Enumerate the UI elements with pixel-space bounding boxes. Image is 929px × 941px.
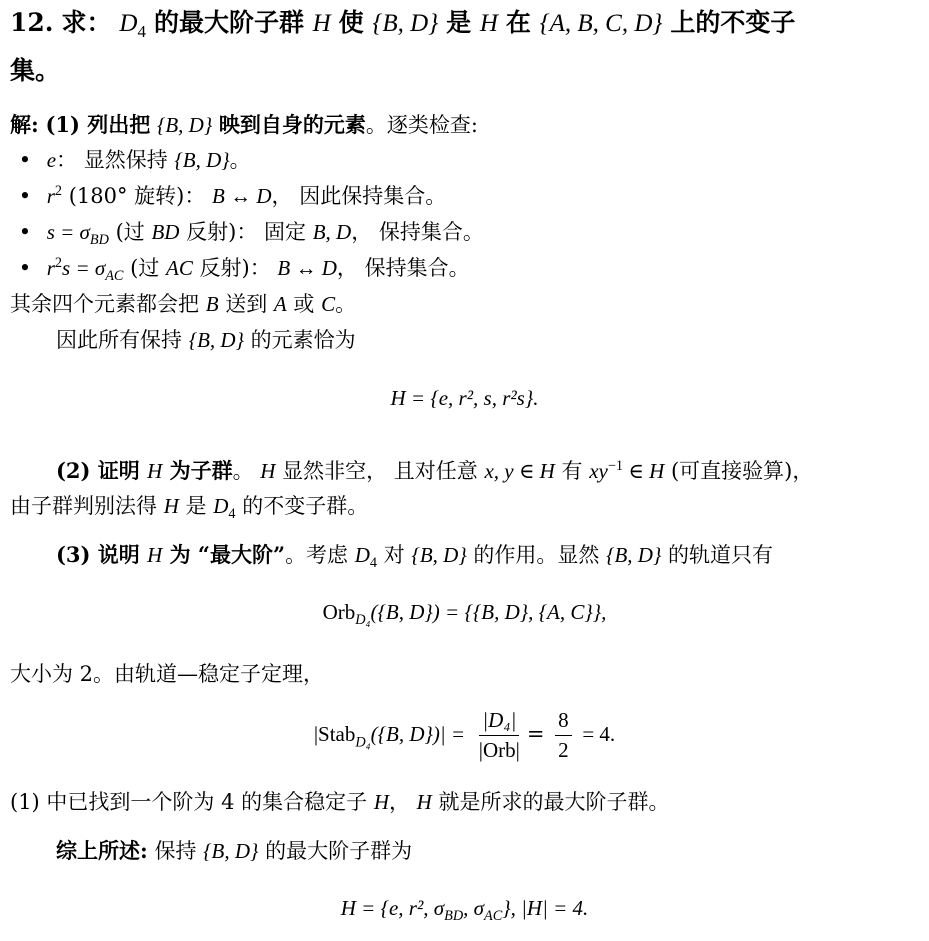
problem-statement-line-2: 集。: [10, 56, 60, 86]
math-D: D: [119, 10, 137, 37]
fraction-order-over-orbit: |D₄| |Orb|: [476, 708, 523, 763]
conclusion-text: 综上所述: 保持 {B, D} 的最大阶子群为: [56, 838, 412, 864]
orbit-size-text: 大小为 2。由轨道—稳定子定理，: [10, 662, 324, 687]
step2-paragraph-line-2: 由子群判别法得 H 是 D4 的不变子群。: [10, 494, 368, 519]
bullet-icon: •: [10, 220, 40, 245]
equation-H: H = {e, r², s, r²s}.: [0, 386, 929, 411]
problem-label: 求：: [61, 8, 111, 37]
bullet-item: • e： 显然保持 {B, D}。: [10, 148, 251, 173]
problem-statement-line-1: 12. 求： D4 的最大阶子群 H 使 {B, D} 是 H 在 {A, B,…: [10, 8, 795, 39]
bullet-icon: •: [10, 256, 40, 281]
bullet-item: • r2s = σAC (过 AC 反射)： B ↔ D， 保持集合。: [10, 256, 470, 281]
therefore-text: 因此所有保持 {B, D} 的元素恰为: [56, 328, 356, 353]
fraction-8-over-2: 8 2: [555, 708, 572, 763]
bullet-item: • r2 (180° 旋转)： B ↔ D， 因此保持集合。: [10, 184, 446, 209]
bullet-icon: •: [10, 148, 40, 173]
step2-paragraph-line-1: (2) 证明 H 为子群。 H 显然非空， 且对任意 x, y ∈ H 有 xy…: [56, 458, 813, 484]
bullet-item: • s = σBD (过 BD 反射)： 固定 B, D， 保持集合。: [10, 220, 484, 245]
rest-elements-text: 其余四个元素都会把 B 送到 A 或 C。: [10, 292, 356, 317]
step1-heading: 解: (1) 列出把 {B, D} 映到自身的元素。逐类检查:: [10, 112, 478, 138]
bullet-icon: •: [10, 184, 40, 209]
step3-paragraph: (3) 说明 H 为 “最大阶”。考虑 D4 对 {B, D} 的作用。显然 {…: [56, 542, 773, 568]
orbit-equation: OrbD₄({B, D}) = {{B, D}, {A, C}},: [0, 600, 929, 625]
found-subgroup-text: (1) 中已找到一个阶为 4 的集合稳定子 H， H 就是所求的最大阶子群。: [10, 790, 670, 815]
problem-number: 12.: [10, 8, 54, 37]
final-equation: H = {e, r², σBD, σAC}, |H| = 4.: [0, 896, 929, 921]
stabilizer-equation: |StabD₄({B, D})| = |D₄| |Orb| = 8 2 = 4.: [0, 708, 929, 763]
